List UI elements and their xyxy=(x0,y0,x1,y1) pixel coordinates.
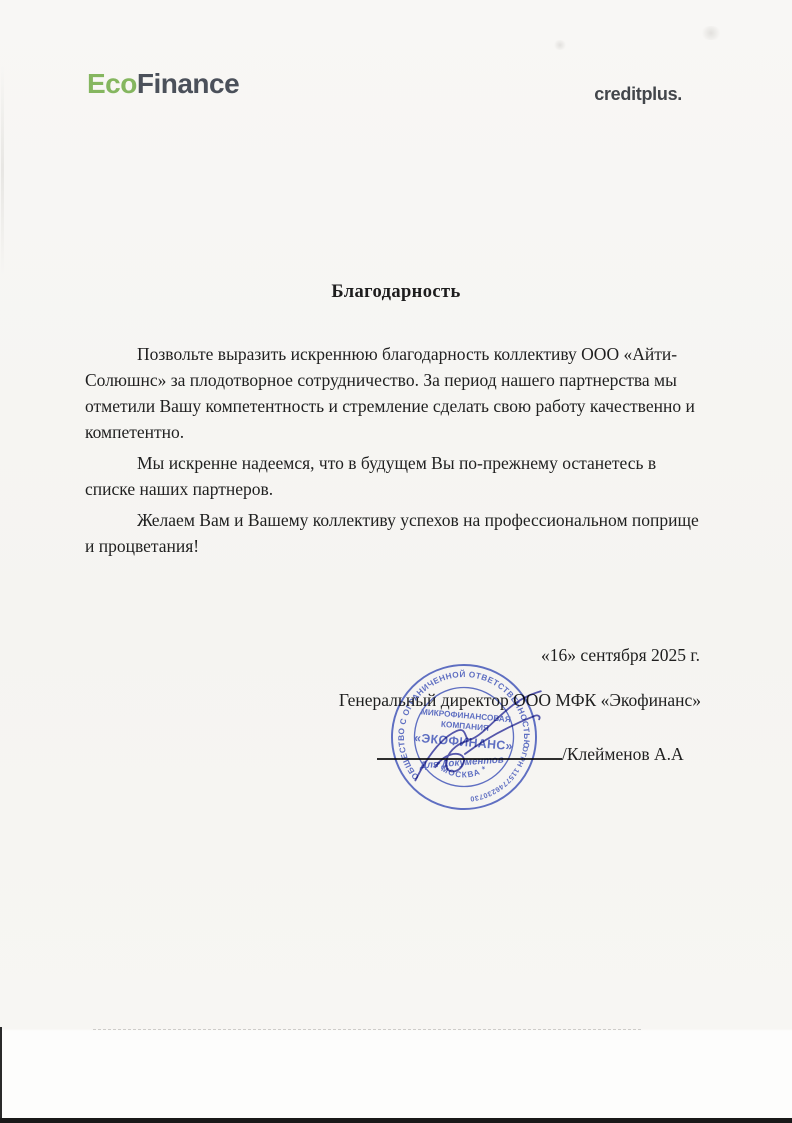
letter-date: «16» сентября 2025 г. xyxy=(0,645,700,666)
ecofinance-logo: EcoFinance xyxy=(87,68,239,100)
signatory-name: /Клейменов А.А xyxy=(562,744,684,765)
scan-fold-line xyxy=(93,1029,641,1030)
letter-paragraph-1: Позвольте выразить искреннюю благодарнос… xyxy=(85,341,705,445)
creditplus-logo: creditplus. xyxy=(594,84,682,105)
logo-finance-text: Finance xyxy=(137,68,239,99)
letter-paragraph-2: Мы искренне надеемся, что в будущем Вы п… xyxy=(85,450,705,502)
letter-document-page: EcoFinance creditplus. Благодарность Поз… xyxy=(0,0,792,1123)
letter-title: Благодарность xyxy=(0,282,792,303)
logo-eco-text: Eco xyxy=(87,68,137,99)
letter-paragraph-3: Желаем Вам и Вашему коллективу успехов н… xyxy=(85,507,705,559)
letter-body: Позвольте выразить искреннюю благодарнос… xyxy=(85,341,705,564)
handwritten-signature xyxy=(389,655,554,820)
signatory-role: Генеральный директор ООО МФК «Экофинанс» xyxy=(0,690,701,711)
scan-edge-shadow-left-top xyxy=(1,20,4,320)
scan-noise-speck xyxy=(553,40,567,50)
scan-edge-bottom xyxy=(0,1118,792,1123)
scan-edge-left xyxy=(0,1027,2,1123)
scan-noise-speck xyxy=(700,26,722,40)
